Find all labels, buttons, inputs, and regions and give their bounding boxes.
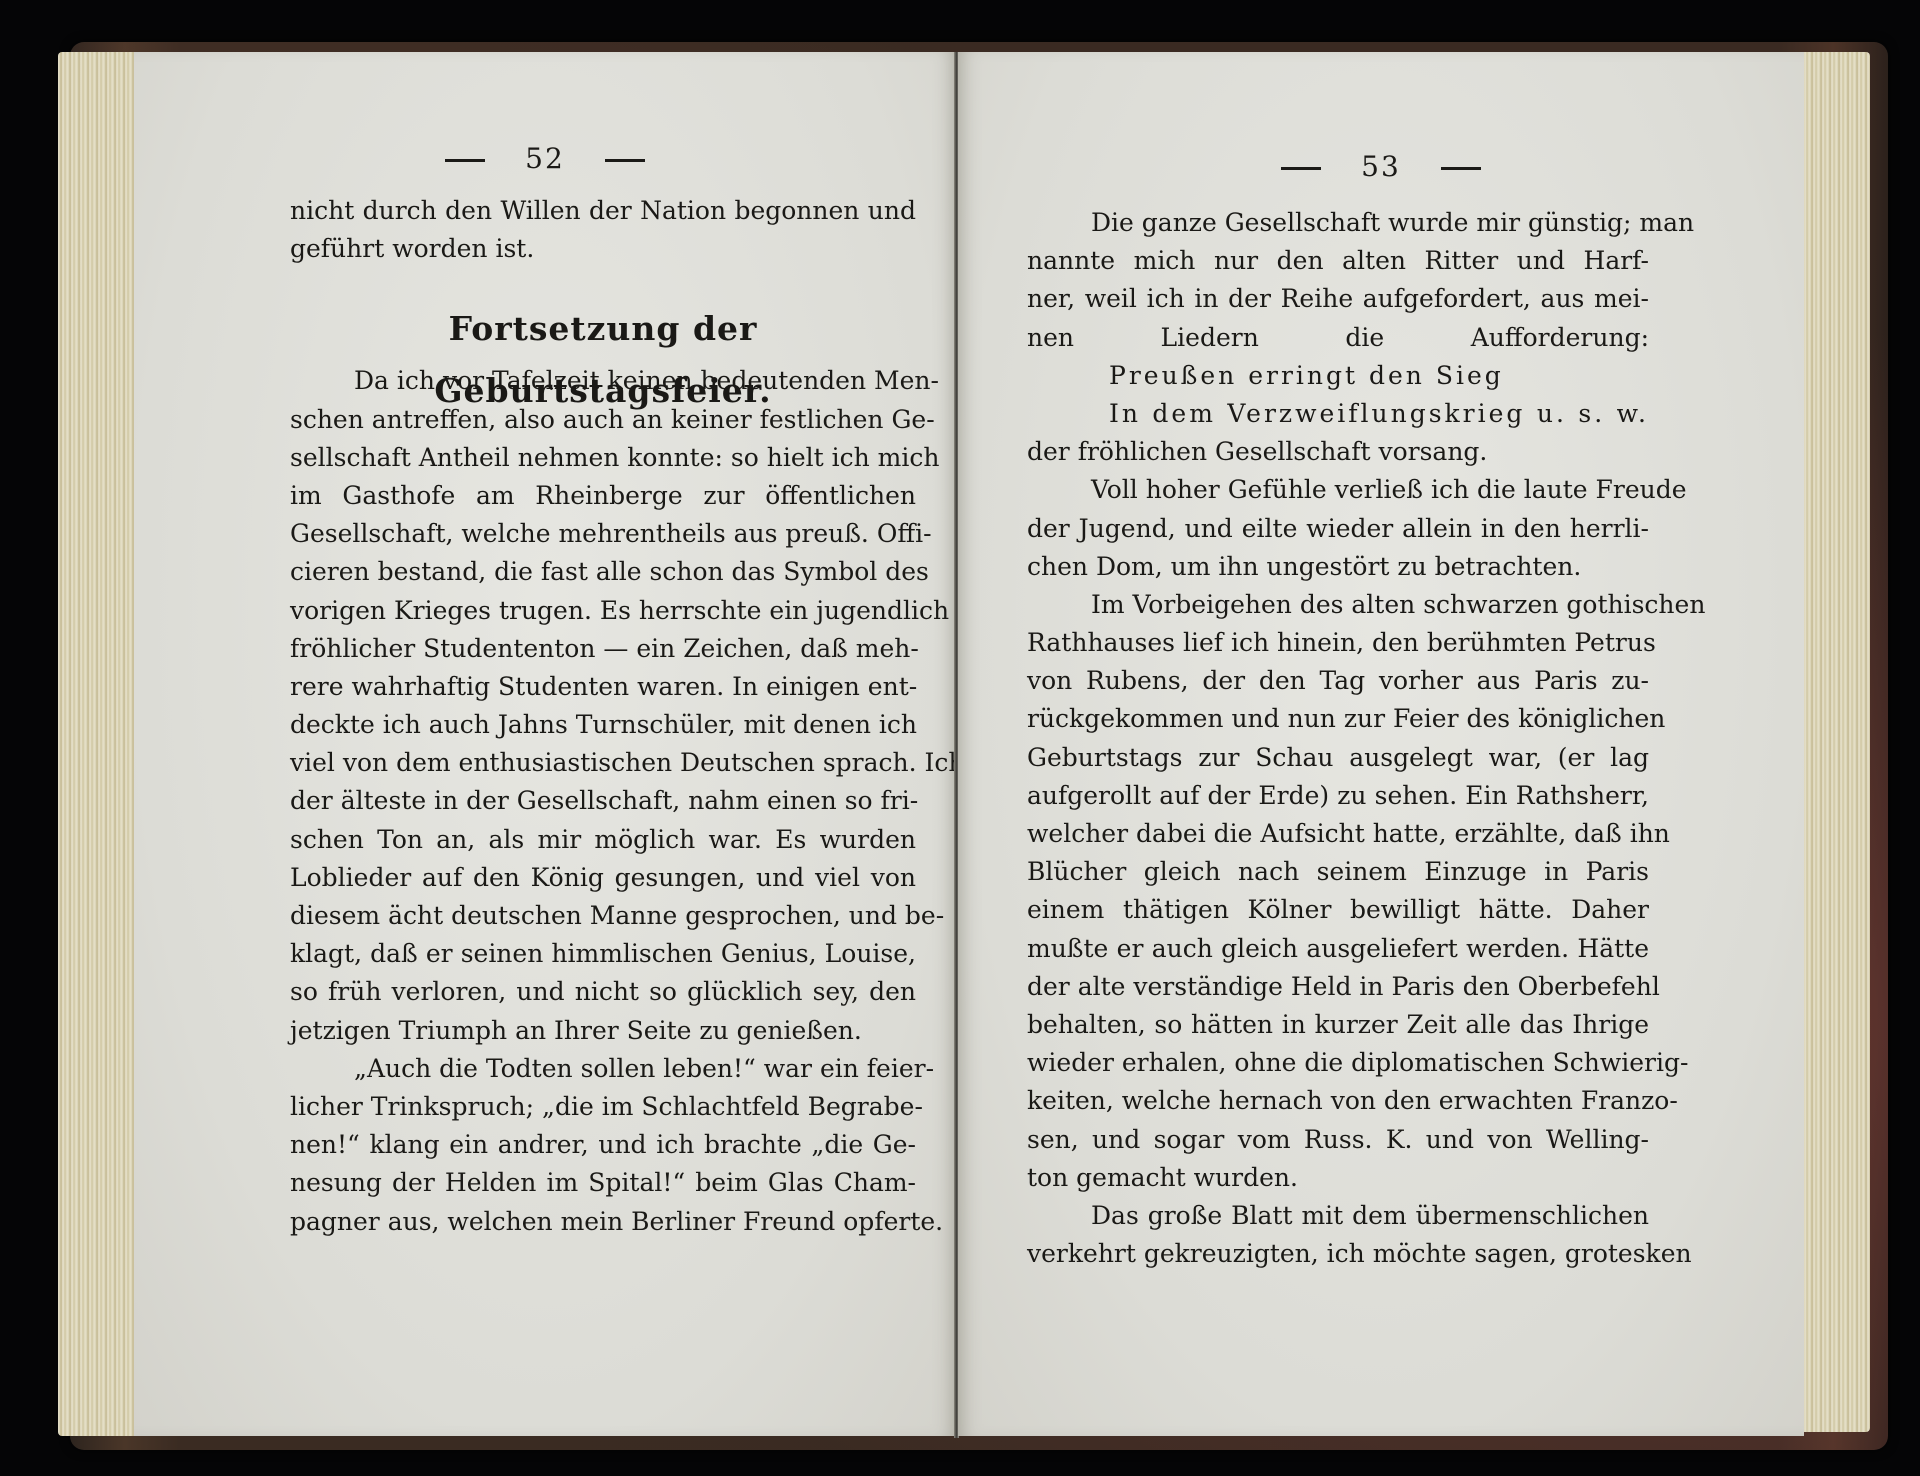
- text-line: einem thätigen Kölner bewilligt hätte. D…: [1027, 891, 1649, 929]
- page-number-text: 53: [1361, 150, 1401, 183]
- text-line: „Auch die Todten sollen leben!“ war ein …: [290, 1050, 916, 1088]
- page-number: 52: [134, 142, 956, 175]
- text-line: deckte ich auch Jahns Turnschüler, mit d…: [290, 706, 916, 744]
- paragraph: Da ich vor Tafelzeit keinen bedeutenden …: [290, 362, 916, 1049]
- text-line: licher Trinkspruch; „die im Schlachtfeld…: [290, 1088, 916, 1126]
- text-line: klagt, daß er seinen himmlischen Genius,…: [290, 935, 916, 973]
- text-line: Das große Blatt mit dem übermenschlichen: [1027, 1197, 1649, 1235]
- text-line: aufgerollt auf der Erde) zu sehen. Ein R…: [1027, 777, 1649, 815]
- text-line: pagner aus, welchen mein Berliner Freund…: [290, 1203, 916, 1241]
- text-line: Loblieder auf den König gesungen, und vi…: [290, 859, 916, 897]
- text-line: verkehrt gekreuzigten, ich möchte sagen,…: [1027, 1235, 1649, 1273]
- text-line: Gesellschaft, welche mehrentheils aus pr…: [290, 515, 916, 553]
- text-line: schen antreffen, also auch an keiner fes…: [290, 401, 916, 439]
- continuation-text: nicht durch den Willen der Nation begonn…: [290, 192, 916, 268]
- text-line: sen, und sogar vom Russ. K. und von Well…: [1027, 1121, 1649, 1159]
- text-line: der Jugend, und eilte wieder allein in d…: [1027, 510, 1649, 548]
- page-edges-left: [58, 52, 134, 1436]
- text-line: rere wahrhaftig Studenten waren. In eini…: [290, 668, 916, 706]
- dash-decoration: [1281, 167, 1321, 170]
- text-line: der älteste in der Gesellschaft, nahm ei…: [290, 782, 916, 820]
- text-line: nen!“ klang ein andrer, und ich brachte …: [290, 1126, 916, 1164]
- text-line: geführt worden ist.: [290, 230, 916, 268]
- text-line: nen Liedern die Aufforderung:: [1027, 319, 1649, 357]
- page-number: 53: [958, 150, 1804, 183]
- page-number-text: 52: [525, 142, 565, 175]
- text-line: der fröhlichen Gesellschaft vorsang.: [1027, 433, 1649, 471]
- text-line: nannte mich nur den alten Ritter und Har…: [1027, 242, 1649, 280]
- paragraph: Im Vorbeigehen des alten schwarzen gothi…: [1027, 586, 1649, 1197]
- text-line: rückgekommen und nun zur Feier des könig…: [1027, 700, 1649, 738]
- right-page-body: Die ganze Gesellschaft wurde mir günstig…: [1027, 204, 1649, 1273]
- page-edges-right: [1800, 52, 1870, 1432]
- dash-decoration: [1441, 167, 1481, 170]
- text-line: diesem ächt deutschen Manne gesprochen, …: [290, 897, 916, 935]
- text-line: Die ganze Gesellschaft wurde mir günstig…: [1027, 204, 1649, 242]
- text-line: viel von dem enthusiastischen Deutschen …: [290, 744, 916, 782]
- paragraph: Das große Blatt mit dem übermenschlichen…: [1027, 1197, 1649, 1273]
- verse: Preußen erringt den SiegIn dem Verzweifl…: [1027, 357, 1649, 433]
- text-line: Im Vorbeigehen des alten schwarzen gothi…: [1027, 586, 1649, 624]
- text-line: nicht durch den Willen der Nation begonn…: [290, 192, 916, 230]
- dash-decoration: [445, 159, 485, 162]
- text-line: behalten, so hätten in kurzer Zeit alle …: [1027, 1006, 1649, 1044]
- verse-line: In dem Verzweiflungskrieg u. s. w.: [1027, 395, 1649, 433]
- text-line: Da ich vor Tafelzeit keinen bedeutenden …: [290, 362, 916, 400]
- left-page: 52 nicht durch den Willen der Nation beg…: [134, 52, 956, 1436]
- paragraph: „Auch die Todten sollen leben!“ war ein …: [290, 1050, 916, 1241]
- right-page: 53 Die ganze Gesellschaft wurde mir güns…: [958, 52, 1804, 1436]
- text-line: wieder erhalen, ohne die diplomatischen …: [1027, 1044, 1649, 1082]
- verse-line: Preußen erringt den Sieg: [1027, 357, 1649, 395]
- text-line: ton gemacht wurden.: [1027, 1159, 1649, 1197]
- text-line: Rathhauses lief ich hinein, den berühmte…: [1027, 624, 1649, 662]
- text-line: nesung der Helden im Spital!“ beim Glas …: [290, 1164, 916, 1202]
- text-line: fröhlicher Studententon — ein Zeichen, d…: [290, 630, 916, 668]
- text-line: cieren bestand, die fast alle schon das …: [290, 553, 916, 591]
- left-page-body: nicht durch den Willen der Nation begonn…: [290, 192, 916, 1241]
- paragraph-end: der fröhlichen Gesellschaft vorsang.: [1027, 433, 1649, 471]
- text-line: Voll hoher Gefühle verließ ich die laute…: [1027, 471, 1649, 509]
- text-line: mußte er auch gleich ausgeliefert werden…: [1027, 930, 1649, 968]
- paragraph: Voll hoher Gefühle verließ ich die laute…: [1027, 471, 1649, 586]
- text-line: Blücher gleich nach seinem Einzuge in Pa…: [1027, 853, 1649, 891]
- text-line: jetzigen Triumph an Ihrer Seite zu genie…: [290, 1012, 916, 1050]
- text-line: von Rubens, der den Tag vorher aus Paris…: [1027, 662, 1649, 700]
- text-line: im Gasthofe am Rheinberge zur öffentlich…: [290, 477, 916, 515]
- text-line: schen Ton an, als mir möglich war. Es wu…: [290, 821, 916, 859]
- text-line: Geburtstags zur Schau ausgelegt war, (er…: [1027, 739, 1649, 777]
- text-line: so früh verloren, und nicht so glücklich…: [290, 973, 916, 1011]
- text-line: sellschaft Antheil nehmen konnte: so hie…: [290, 439, 916, 477]
- paragraph: Die ganze Gesellschaft wurde mir günstig…: [1027, 204, 1649, 357]
- text-line: chen Dom, um ihn ungestört zu betrachten…: [1027, 548, 1649, 586]
- text-line: der alte verständige Held in Paris den O…: [1027, 968, 1649, 1006]
- chapter-heading: Fortsetzung der Geburtstagsfeier.: [290, 298, 916, 360]
- text-line: welcher dabei die Aufsicht hatte, erzähl…: [1027, 815, 1649, 853]
- text-line: keiten, welche hernach von den erwachten…: [1027, 1082, 1649, 1120]
- dash-decoration: [605, 159, 645, 162]
- text-line: ner, weil ich in der Reihe aufgefordert,…: [1027, 280, 1649, 318]
- text-line: vorigen Krieges trugen. Es herrschte ein…: [290, 592, 916, 630]
